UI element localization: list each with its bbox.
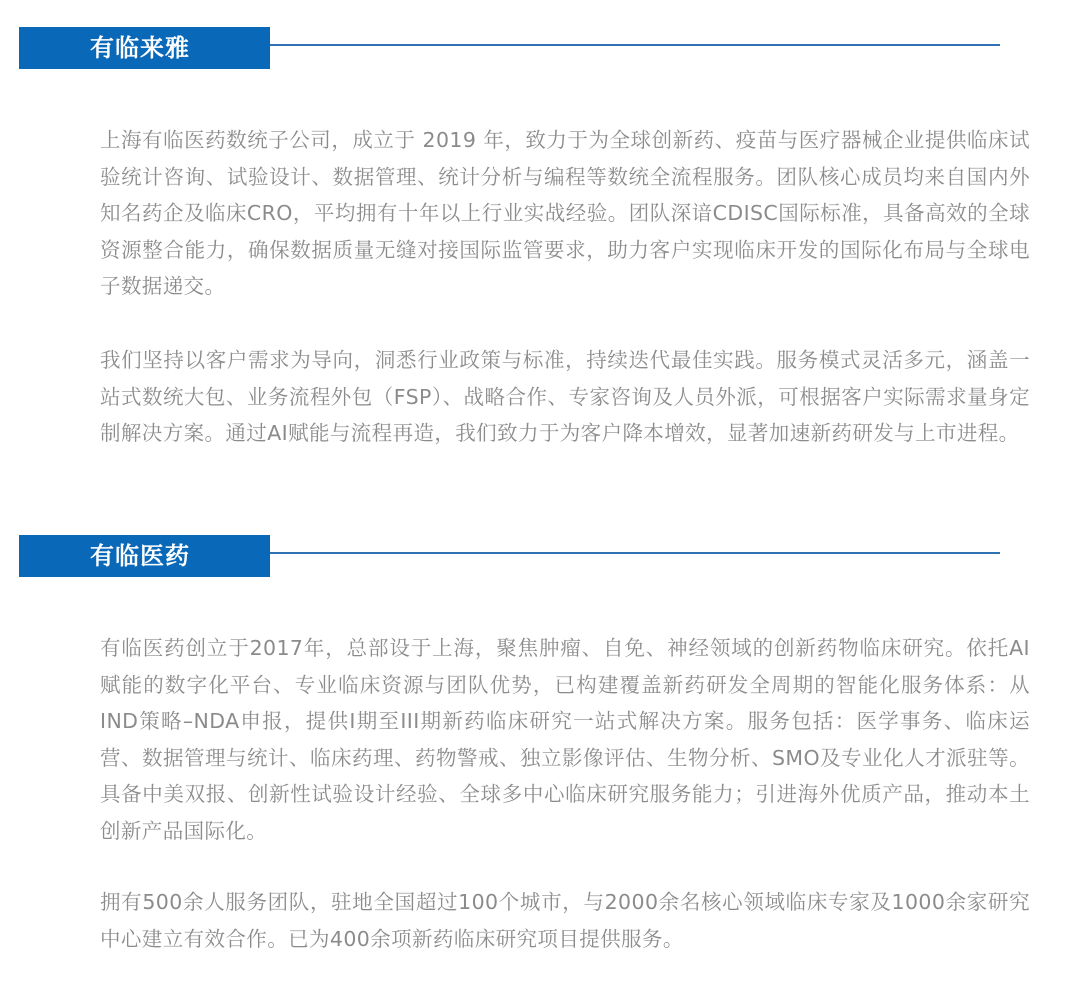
section-paragraph: 上海有临医药数统子公司，成立于 2019 年，致力于为全球创新药、疫苗与医疗器械… xyxy=(100,122,1030,305)
section-header-youlin-pharma: 有临医药 xyxy=(0,535,1080,577)
section-paragraph: 有临医药创立于2017年，总部设于上海，聚焦肿瘤、自免、神经领域的创新药物临床研… xyxy=(100,630,1030,849)
section-paragraph: 我们坚持以客户需求为导向，洞悉行业政策与标准，持续迭代最佳实践。服务模式灵活多元… xyxy=(100,342,1030,452)
section-title: 有临来雅 xyxy=(19,27,270,69)
header-divider-line xyxy=(270,552,1000,554)
section-header-youlin-laiya: 有临来雅 xyxy=(0,27,1080,69)
header-divider-line xyxy=(270,44,1000,46)
section-paragraph: 拥有500余人服务团队，驻地全国超过100个城市，与2000余名核心领域临床专家… xyxy=(100,884,1030,957)
section-title: 有临医药 xyxy=(19,535,270,577)
